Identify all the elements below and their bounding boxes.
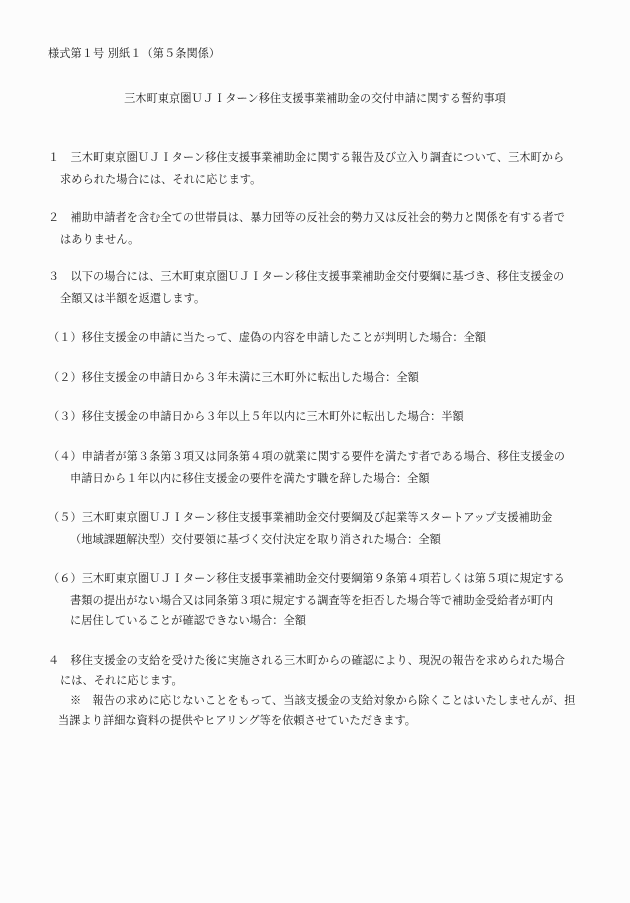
subitem-6-line-3: に居住していることが確認できない場合：全額	[70, 614, 306, 628]
item-2-line-2: はありません。	[60, 233, 139, 247]
item-4-line-1: ４ 移住支援金の支給を受けた後に実施される三木町からの確認により、現況の報告を求…	[48, 654, 565, 668]
subitem-6-line-2: 書類の提出がない場合又は同条第３項に規定する調査等を拒否した場合等で補助金受給者…	[70, 594, 553, 608]
document-title: 三木町東京圏ＵＪＩターン移住支援事業補助金の交付申請に関する誓約事項	[0, 92, 630, 106]
form-label: 様式第１号 別紙１（第５条関係）	[48, 47, 220, 61]
subitem-6-line-1: （６）三木町東京圏ＵＪＩターン移住支援事業補助金交付要綱第９条第４項若しくは第５…	[48, 572, 565, 586]
item-2-line-1: ２ 補助申請者を含む全ての世帯員は、暴力団等の反社会的勢力又は反社会的勢力と関係…	[48, 211, 565, 225]
item-3-line-2: 全額又は半額を返還します。	[60, 292, 205, 306]
subitem-5-line-1: （５）三木町東京圏ＵＪＩターン移住支援事業補助金交付要綱及び起業等スタートアップ…	[48, 511, 552, 525]
subitem-3-line-1: （３）移住支援金の申請日から３年以上５年以内に三木町外に転出した場合：半額	[48, 410, 464, 424]
subitem-4-line-2: 申請日から１年以内に移住支援金の要件を満たす職を辞した場合：全額	[70, 472, 430, 486]
subitem-4-line-1: （４）申請者が第３条第３項又は同条第４項の就業に関する要件を満たす者である場合、…	[48, 450, 565, 464]
item-4-line-2: には、それに応じます。	[60, 674, 183, 688]
subitem-2-line-1: （２）移住支援金の申請日から３年未満に三木町外に転出した場合：全額	[48, 371, 419, 385]
item-3-line-1: ３ 以下の場合には、三木町東京圏ＵＪＩターン移住支援事業補助金交付要綱に基づき、…	[48, 270, 564, 284]
item-4-note-line-1: ※ 報告の求めに応じないことをもって、当該支援金の支給対象から除くことはいたしま…	[70, 694, 575, 708]
document-page: 様式第１号 別紙１（第５条関係） 三木町東京圏ＵＪＩターン移住支援事業補助金の交…	[0, 0, 630, 903]
item-4-note-line-2: 当課より詳細な資料の提供やヒアリング等を依頼させていただきます。	[58, 714, 416, 728]
item-1-line-2: 求められた場合には、それに応じます。	[60, 173, 261, 187]
subitem-1-line-1: （１）移住支援金の申請に当たって、虚偽の内容を申請したことが判明した場合：全額	[48, 331, 486, 345]
item-1-line-1: １ 三木町東京圏ＵＪＩターン移住支援事業補助金に関する報告及び立入り調査について…	[48, 151, 564, 165]
subitem-5-line-2: （地域課題解決型）交付要領に基づく交付決定を取り消された場合：全額	[70, 533, 441, 547]
